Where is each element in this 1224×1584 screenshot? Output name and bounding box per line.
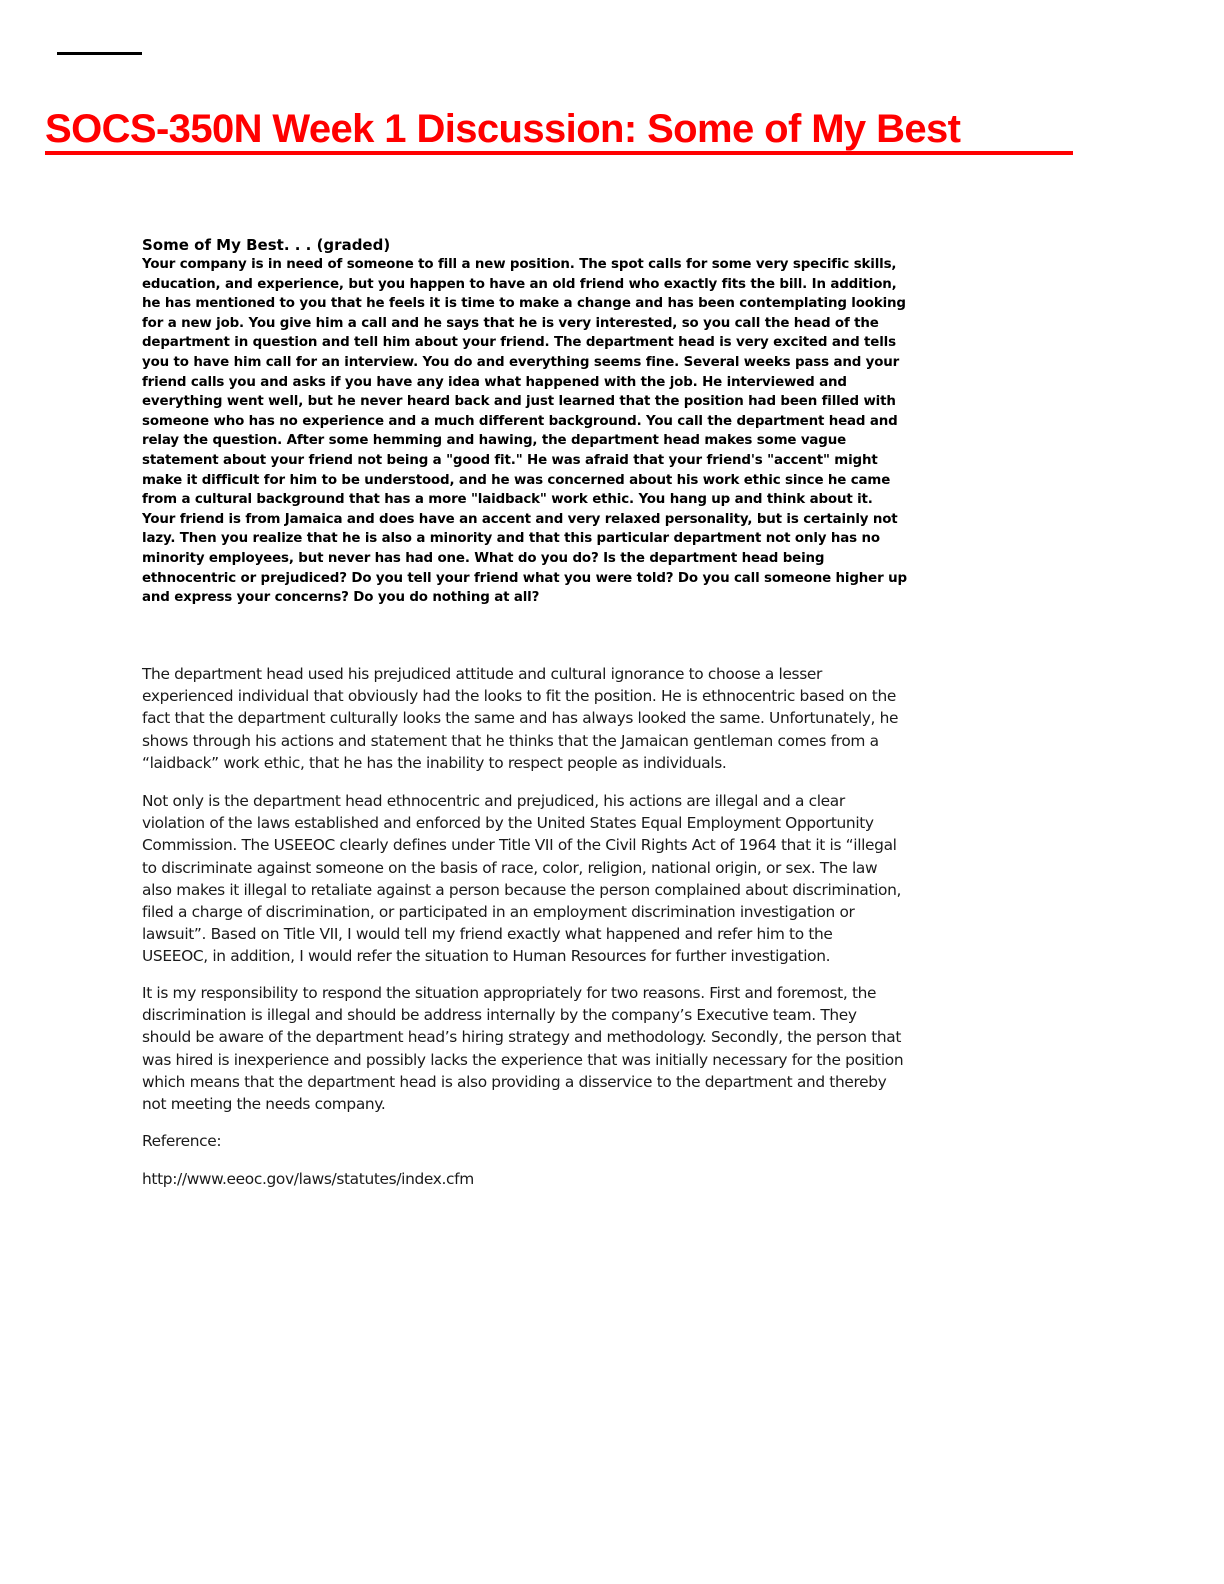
prompt-line: lazy. Then you realize that he is also a… bbox=[142, 529, 1072, 549]
response-line: It is my responsibility to respond the s… bbox=[142, 982, 1072, 1004]
prompt-line: you to have him call for an interview. Y… bbox=[142, 353, 1072, 373]
prompt-line: someone who has no experience and a much… bbox=[142, 412, 1072, 432]
prompt-line: he has mentioned to you that he feels it… bbox=[142, 294, 1072, 314]
prompt-line: education, and experience, but you happe… bbox=[142, 275, 1072, 295]
prompt-heading: Some of My Best. . . (graded) bbox=[142, 235, 1072, 255]
response-line: also makes it illegal to retaliate again… bbox=[142, 879, 1072, 901]
document-title: SOCS-350N Week 1 Discussion: Some of My … bbox=[45, 104, 960, 154]
prompt-line: department in question and tell him abou… bbox=[142, 333, 1072, 353]
title-underline bbox=[45, 151, 1073, 155]
response-line: lawsuit”. Based on Title VII, I would te… bbox=[142, 923, 1072, 945]
response-paragraph-2: Not only is the department head ethnocen… bbox=[142, 790, 1072, 968]
prompt-line: from a cultural background that has a mo… bbox=[142, 490, 1072, 510]
response-line: filed a charge of discrimination, or par… bbox=[142, 901, 1072, 923]
prompt-line: Your company is in need of someone to fi… bbox=[142, 255, 1072, 275]
response-line: to discriminate against someone on the b… bbox=[142, 857, 1072, 879]
response-line: “laidback” work ethic, that he has the i… bbox=[142, 752, 1072, 774]
response-line: The department head used his prejudiced … bbox=[142, 663, 1072, 685]
response-line: USEEOC, in addition, I would refer the s… bbox=[142, 945, 1072, 967]
response-line: Commission. The USEEOC clearly defines u… bbox=[142, 834, 1072, 856]
response-line: which means that the department head is … bbox=[142, 1071, 1072, 1093]
response-line: was hired is inexperience and possibly l… bbox=[142, 1049, 1072, 1071]
prompt-line: for a new job. You give him a call and h… bbox=[142, 314, 1072, 334]
reference-url-text[interactable]: http://www.eeoc.gov/laws/statutes/index.… bbox=[142, 1168, 1072, 1190]
header-rule bbox=[57, 52, 142, 55]
prompt-line: ethnocentric or prejudiced? Do you tell … bbox=[142, 569, 1072, 589]
prompt-line: make it difficult for him to be understo… bbox=[142, 471, 1072, 491]
prompt-line: relay the question. After some hemming a… bbox=[142, 431, 1072, 451]
prompt-line: statement about your friend not being a … bbox=[142, 451, 1072, 471]
response-line: violation of the laws established and en… bbox=[142, 812, 1072, 834]
response-line: not meeting the needs company. bbox=[142, 1093, 1072, 1115]
reference-label: Reference: bbox=[142, 1130, 1072, 1152]
prompt-line: everything went well, but he never heard… bbox=[142, 392, 1072, 412]
response-line: experienced individual that obviously ha… bbox=[142, 685, 1072, 707]
response-line: discrimination is illegal and should be … bbox=[142, 1004, 1072, 1026]
reference-link[interactable]: http://www.eeoc.gov/laws/statutes/index.… bbox=[142, 1168, 1072, 1190]
reference-label-text: Reference: bbox=[142, 1130, 1072, 1152]
response-line: shows through his actions and statement … bbox=[142, 730, 1072, 752]
response-paragraph-3: It is my responsibility to respond the s… bbox=[142, 982, 1072, 1115]
discussion-prompt: Some of My Best. . . (graded) Your compa… bbox=[142, 235, 1072, 608]
prompt-line: friend calls you and asks if you have an… bbox=[142, 373, 1072, 393]
prompt-line: Your friend is from Jamaica and does hav… bbox=[142, 510, 1072, 530]
response-paragraph-1: The department head used his prejudiced … bbox=[142, 663, 1072, 774]
prompt-line: and express your concerns? Do you do not… bbox=[142, 588, 1072, 608]
prompt-line: minority employees, but never has had on… bbox=[142, 549, 1072, 569]
response-line: Not only is the department head ethnocen… bbox=[142, 790, 1072, 812]
response-line: should be aware of the department head’s… bbox=[142, 1026, 1072, 1048]
response-line: fact that the department culturally look… bbox=[142, 707, 1072, 729]
